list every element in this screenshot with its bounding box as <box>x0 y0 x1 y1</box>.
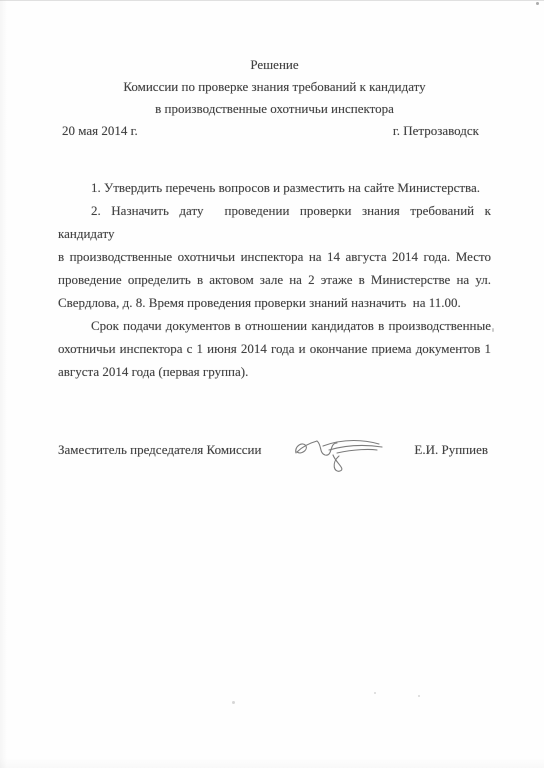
document-body: 1. Утвердить перечень вопросов и размест… <box>58 176 491 383</box>
scanned-document-page: Решение Комиссии по проверке знания треб… <box>0 0 544 768</box>
paragraph-3: Срок подачи документов в отношении канди… <box>58 314 491 383</box>
text-line: 2. Назначить дату проведении проверки зн… <box>58 199 491 245</box>
document-place: г. Петрозаводск <box>393 120 479 142</box>
document-title: Решение <box>58 54 491 76</box>
scan-artifact-speck <box>232 701 235 704</box>
scan-artifact-speck <box>418 695 420 697</box>
document-subtitle-line2: в производственные охотничьи инспектора <box>58 98 491 120</box>
document-date: 20 мая 2014 г. <box>62 120 138 142</box>
text-line: Срок подачи документов в отношении канди… <box>58 314 491 337</box>
text-line: августа 2014 года (первая группа). <box>58 360 491 383</box>
paragraph-1: 1. Утвердить перечень вопросов и размест… <box>58 176 491 199</box>
text-line: в производственные охотничьи инспектора … <box>58 245 491 268</box>
text-line: проведение определить в актовом зале на … <box>58 268 491 291</box>
text-line: охотничьи инспектора с 1 июня 2014 года … <box>58 337 491 360</box>
signatory-role: Заместитель председателя Комиссии <box>58 442 261 458</box>
scan-artifact-speck <box>492 328 494 332</box>
text-line: 1. Утвердить перечень вопросов и размест… <box>58 176 491 199</box>
paragraph-2: 2. Назначить дату проведении проверки зн… <box>58 199 491 314</box>
document-header: Решение Комиссии по проверке знания треб… <box>58 54 491 142</box>
handwritten-signature-icon <box>290 431 386 473</box>
text-line: Свердлова, д. 8. Время проведения провер… <box>58 291 491 314</box>
document-subtitle-line1: Комиссии по проверке знания требований к… <box>58 76 491 98</box>
scan-artifact-speck <box>374 692 376 694</box>
document-content: Решение Комиссии по проверке знания треб… <box>58 54 491 473</box>
signatory-name: Е.И. Руппиев <box>414 442 488 458</box>
date-place-row: 20 мая 2014 г. г. Петрозаводск <box>58 120 491 142</box>
signature-row: Заместитель председателя Комиссии Е.И. Р… <box>58 427 491 473</box>
scan-artifact-speck <box>536 2 539 5</box>
